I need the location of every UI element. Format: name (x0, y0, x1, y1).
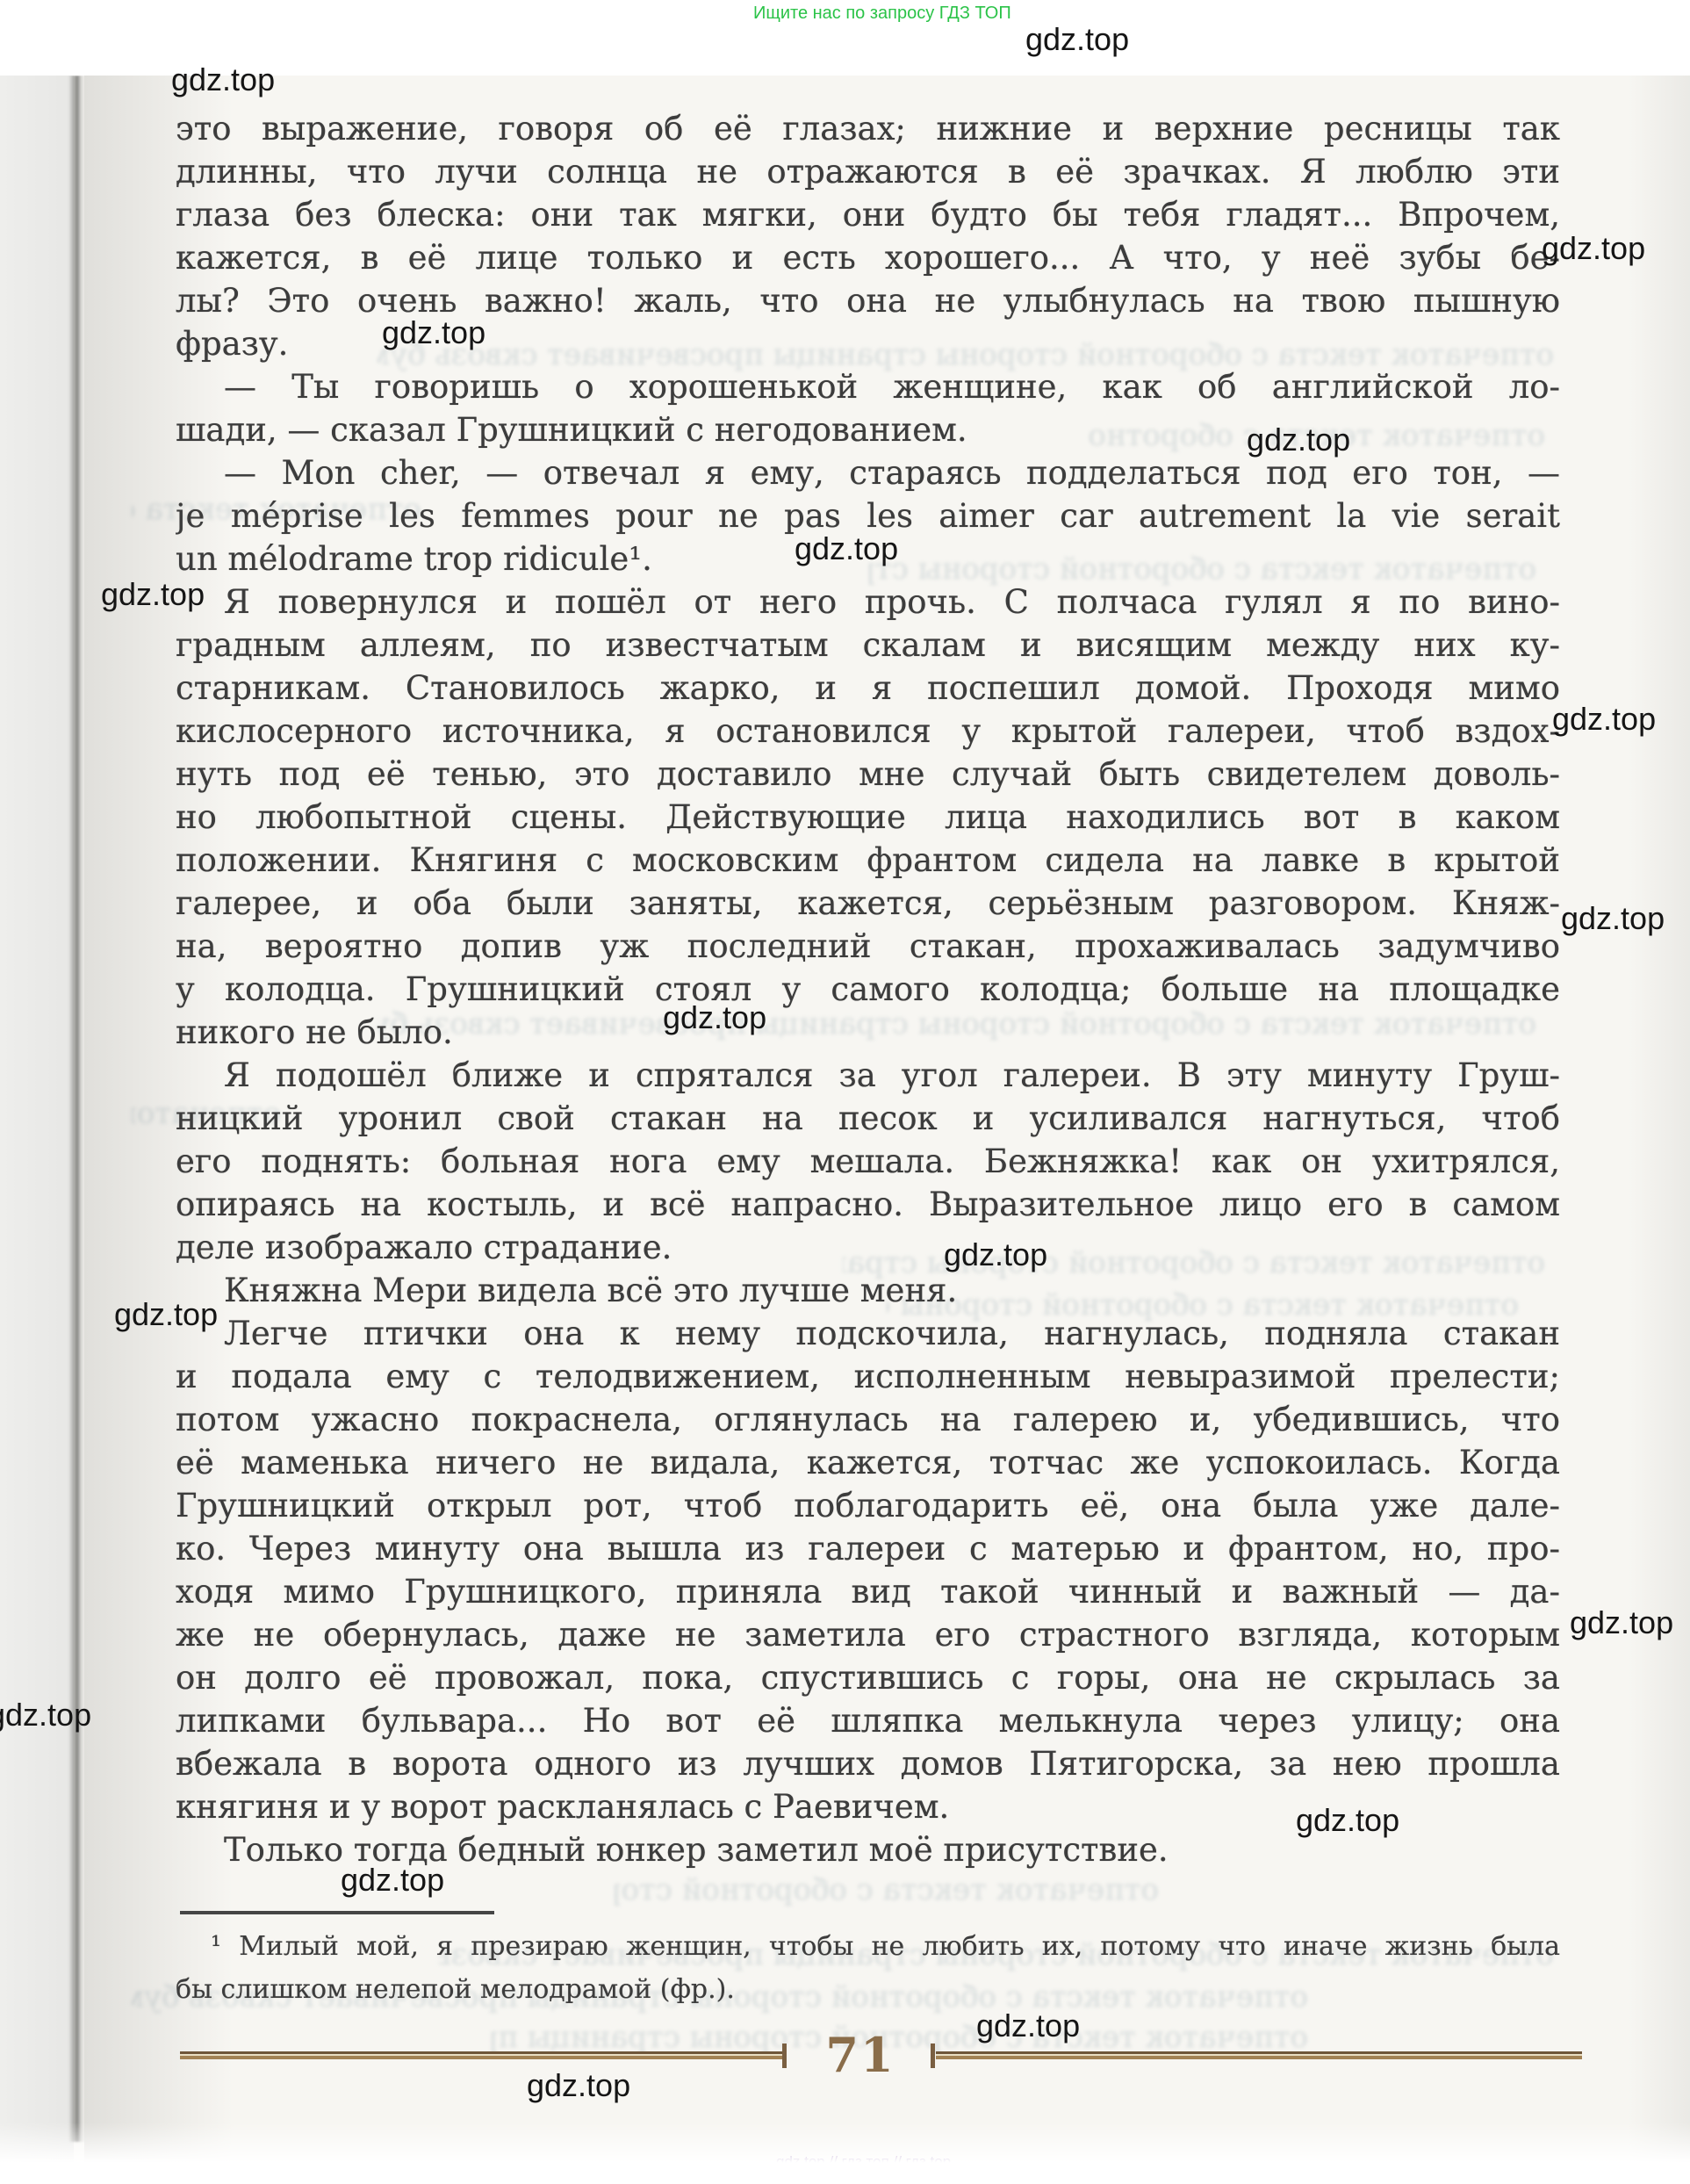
text-line: ко. Через минуту она вышла из галереи с … (176, 1527, 1560, 1570)
footer-rule-left-cap (782, 2043, 787, 2068)
text-line: потом ужасно покраснела, оглянулась на г… (176, 1398, 1560, 1441)
gdz-watermark: gdz.top (171, 61, 275, 98)
scan-bottom-margin (0, 2123, 1690, 2184)
text-line: он долго её провожал, пока, спустившись … (176, 1656, 1560, 1699)
scanned-book-page: отпечаток текста с оборотной стороны стр… (0, 0, 1690, 2184)
gdz-watermark: gdz.top (0, 1697, 91, 1734)
gdz-watermark: gdz.top (114, 1296, 218, 1333)
footer-rule-right (936, 2051, 1582, 2059)
text-line: кажется, в её лице только и есть хорошег… (176, 236, 1560, 279)
text-line: вбежала в ворота одного из лучших домов … (176, 1742, 1560, 1785)
text-line: опираясь на костыль, и всё напрасно. Выр… (176, 1183, 1560, 1226)
text-line: Княжна Мери видела всё это лучше меня. (176, 1269, 1560, 1312)
text-line: кислосерного источника, я остановился у … (176, 710, 1560, 753)
text-line: липками бульвара... Но вот её шляпка мел… (176, 1699, 1560, 1742)
footnote-line: бы слишком нелепой мелодрамой (фр.). (176, 1968, 1560, 2011)
text-line: ницкий уронил свой стакан на песок и уси… (176, 1097, 1560, 1140)
text-line: Грушницкий открыл рот, чтоб поблагодарит… (176, 1484, 1560, 1527)
gdz-watermark: gdz.top (1542, 230, 1645, 267)
gdz-watermark: gdz.top (976, 2007, 1080, 2044)
text-line: же не обернулась, даже не заметила его с… (176, 1613, 1560, 1656)
text-line: никого не было. (176, 1011, 1560, 1054)
gdz-watermark: gdz.top (1296, 1802, 1399, 1839)
gdz-watermark: gdz.top (1570, 1604, 1673, 1641)
text-line: нуть под её тенью, это доставило мне слу… (176, 753, 1560, 796)
footnote-divider (180, 1911, 494, 1914)
text-line: его поднять: больная нога ему мешала. Бе… (176, 1140, 1560, 1183)
text-line: это выражение, говоря об её глазах; нижн… (176, 107, 1560, 150)
text-line: положении. Княгиня с московским франтом … (176, 839, 1560, 882)
body-text: это выражение, говоря об её глазах; нижн… (176, 107, 1560, 1871)
text-line: градным аллеям, по известчатым скалам и … (176, 623, 1560, 667)
text-line: Легче птички она к нему подскочила, нагн… (176, 1312, 1560, 1355)
gdz-watermark: gdz.top (1247, 422, 1350, 458)
book-spine-crease (68, 76, 86, 2142)
gdz-watermark: gdz.top (527, 2067, 630, 2104)
text-line: старникам. Становилось жарко, и я поспеш… (176, 667, 1560, 710)
text-line: на, вероятно допив уж последний стакан, … (176, 925, 1560, 968)
text-line: но любопытной сцены. Действующие лица на… (176, 796, 1560, 839)
page-number: 71 (795, 2027, 926, 2083)
footnote: ¹ Милый мой, я презираю женщин, чтобы не… (176, 1925, 1560, 2011)
gdz-watermark: gdz.top (1025, 21, 1129, 58)
text-line: её маменька ничего не видала, кажется, т… (176, 1441, 1560, 1484)
text-line: длинны, что лучи солнца не отражаются в … (176, 150, 1560, 193)
gdz-watermark: gdz.top (341, 1862, 444, 1899)
text-line: — Mon cher, — отвечал я ему, стараясь по… (176, 451, 1560, 494)
text-line: Я подошёл ближе и спрятался за угол гале… (176, 1054, 1560, 1097)
text-line: у колодца. Грушницкий стоял у самого кол… (176, 968, 1560, 1011)
footer-rule-right-cap (931, 2043, 935, 2068)
footer-rule-left (180, 2051, 782, 2059)
text-line: галерее, и оба были заняты, кажется, сер… (176, 882, 1560, 925)
text-line: и подала ему с телодвижением, исполненны… (176, 1355, 1560, 1398)
text-line: — Ты говоришь о хорошенькой женщине, как… (176, 365, 1560, 408)
gdz-watermark: gdz.top (1561, 900, 1665, 937)
right-edge-shadow (1629, 76, 1690, 2184)
text-line: глаза без блеска: они так мягки, они буд… (176, 193, 1560, 236)
text-line: шади, — сказал Грушницкий с негодованием… (176, 408, 1560, 451)
gdz-watermark: gdz.top (101, 576, 205, 613)
gdz-watermark: gdz.top (944, 1236, 1047, 1273)
left-page-edge (0, 76, 74, 2184)
gdz-watermark: gdz.top (663, 999, 766, 1036)
promo-watermark: Ищите нас по запросу ГДЗ ТОП (753, 4, 1011, 24)
text-line: ходя мимо Грушницкого, приняла вид такой… (176, 1570, 1560, 1613)
text-line: Я повернулся и пошёл от него прочь. С по… (176, 580, 1560, 623)
footnote-line: ¹ Милый мой, я презираю женщин, чтобы не… (176, 1925, 1560, 1968)
gdz-watermark: gdz.top (795, 530, 898, 567)
text-line: деле изображало страдание. (176, 1226, 1560, 1269)
gdz-watermark: gdz.top (1552, 701, 1656, 738)
gdz-watermark: gdz.top (382, 314, 485, 351)
